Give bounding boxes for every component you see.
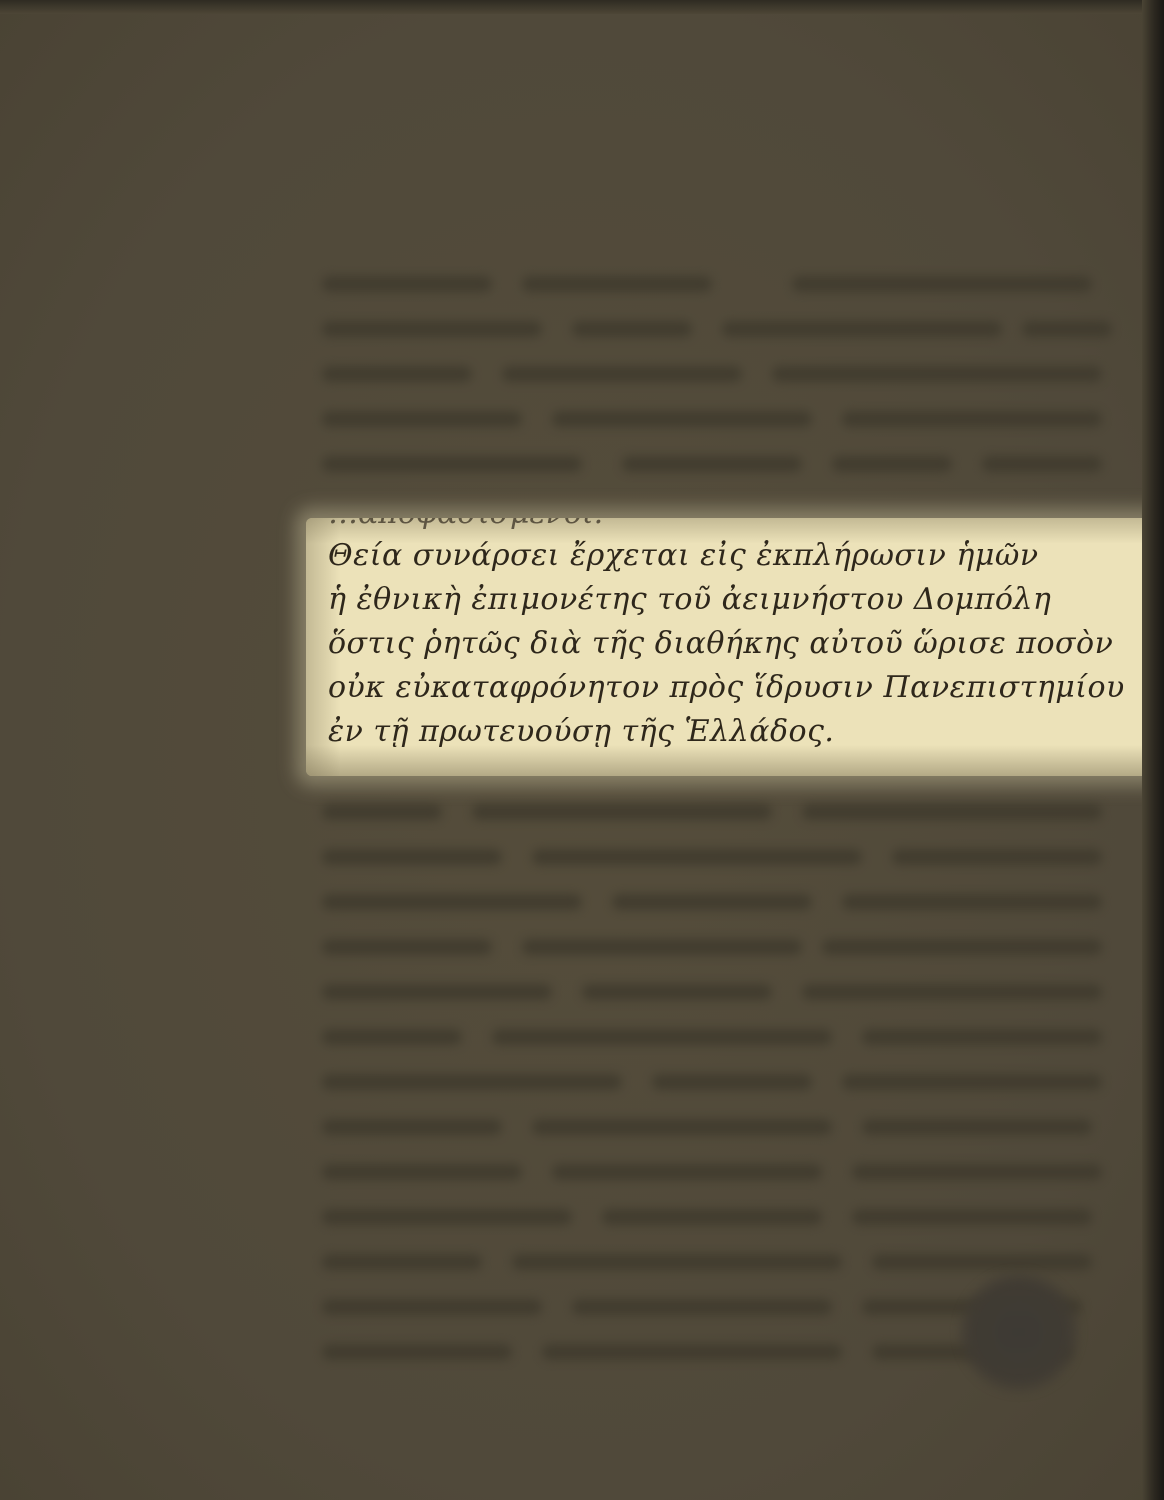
ink-stain — [958, 1270, 1080, 1394]
dimmed-text-block-top — [322, 262, 1122, 487]
passage-line-1: Θεία συνάρσει ἔρχεται εἰς ἐκπλήρωσιν ἡμῶ… — [328, 538, 1154, 573]
page-right-edge — [1142, 0, 1164, 1500]
passage-line-4: οὐκ εὐκαταφρόνητον πρὸς ἵδρυσιν Πανεπιστ… — [328, 670, 1154, 705]
passage-line-5: ἐν τῇ πρωτευούσῃ τῆς Ἑλλάδος. — [328, 714, 1154, 749]
previous-line-fragment: …αποφασισμένοι. — [328, 518, 603, 531]
manuscript-page: …αποφασισμένοι. Θεία συνάρσει ἔρχεται εἰ… — [0, 0, 1164, 1500]
passage-line-3: ὅστις ῥητῶς διὰ τῆς διαθήκης αὐτοῦ ὥρισε… — [328, 626, 1154, 661]
highlighted-passage: …αποφασισμένοι. Θεία συνάρσει ἔρχεται εἰ… — [306, 518, 1162, 776]
page-top-edge — [0, 0, 1164, 14]
passage-line-2: ἡ ἐθνικὴ ἐπιμονέτης τοῦ ἀειμνήστου Δομπό… — [328, 582, 1154, 617]
